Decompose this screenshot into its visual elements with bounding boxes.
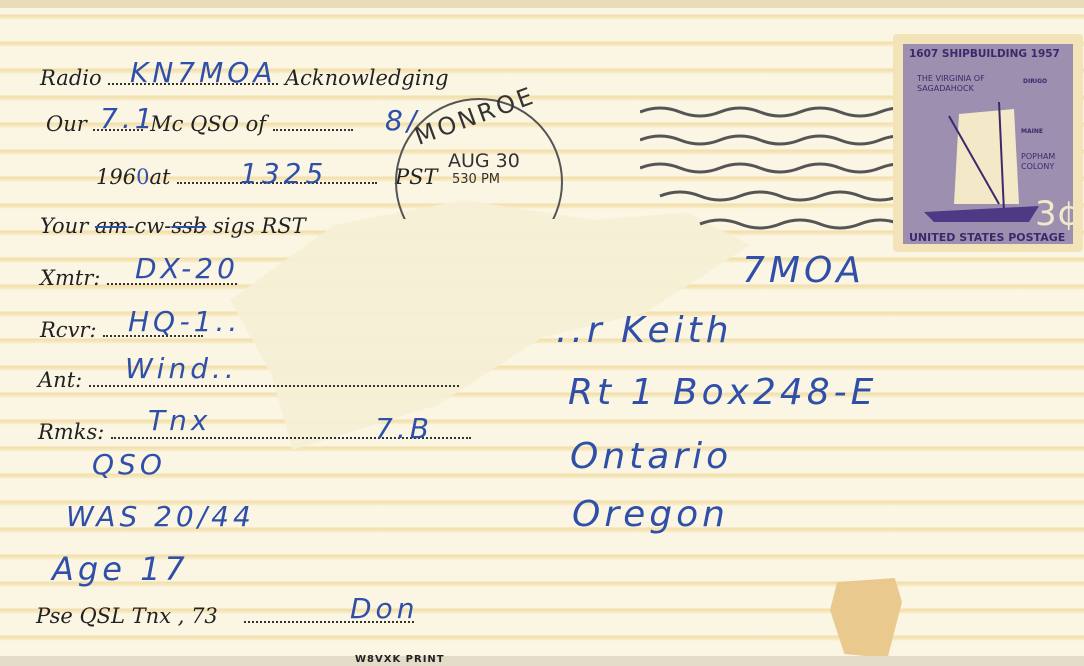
stamp-seal-motto: DIRIGO (1023, 78, 1047, 85)
postmark-time: 530 PM (452, 172, 500, 187)
stamp-country: UNITED STATES POSTAGE (909, 231, 1065, 244)
note-was: WAS 20/44 (66, 500, 255, 533)
label-pse-qsl: Pse QSL Tnx , 73 (36, 604, 218, 628)
note-age: Age 17 (52, 550, 189, 588)
label-acknowledging: Acknowledging (285, 66, 449, 90)
year-prefix: 196 (96, 165, 136, 189)
label-at: at (149, 165, 170, 189)
mode-ssb-struck: ssb (171, 214, 206, 238)
time-handwritten: 1325 (240, 157, 327, 190)
year-digit: 0 (136, 165, 149, 189)
label-sigs-rst: sigs RST (213, 214, 306, 238)
printer-credit: W8VXK PRINT (355, 654, 445, 665)
rcvr-handwritten: HQ-1.. (128, 305, 241, 338)
stamp-face: 1607 SHIPBUILDING 1957 THE VIRGINIA OF S… (903, 44, 1073, 244)
postmark-date: AUG 30 (448, 150, 520, 172)
band-handwritten: 7.1 (100, 102, 157, 135)
stamp-ship-name: THE VIRGINIA OF SAGADAHOCK (917, 74, 997, 94)
card-bottom-edge (0, 656, 1084, 666)
form-line-time: 1960at (96, 165, 377, 189)
ant-handwritten: Wind.. (125, 352, 238, 385)
dotted-field (273, 127, 353, 131)
label-xmtr: Xmtr: (40, 266, 100, 290)
mode-cw: cw (134, 214, 164, 238)
note-qso: QSO (92, 448, 166, 481)
postage-stamp: 1607 SHIPBUILDING 1957 THE VIRGINIA OF S… (893, 34, 1083, 252)
address-callsign: 7MOA (742, 250, 865, 291)
rmks-handwritten-2: 7.B (375, 412, 433, 445)
stamp-value: 3¢ (1035, 194, 1078, 234)
address-street: Rt 1 Box248-E (568, 372, 877, 413)
stamp-title: 1607 SHIPBUILDING 1957 (909, 48, 1060, 60)
card-top-edge (0, 0, 1084, 8)
address-state: Oregon (572, 494, 729, 535)
label-ant: Ant: (38, 368, 82, 392)
ship-illustration (919, 94, 1049, 224)
form-line-qso: Our Mc QSO of (46, 112, 353, 136)
label-radio: Radio (40, 66, 102, 90)
xmtr-handwritten: DX-20 (135, 252, 239, 285)
form-line-ant: Ant: (38, 368, 459, 392)
label-your: Your (40, 214, 88, 238)
label-our: Our (46, 112, 87, 136)
mode-am-struck: am (95, 214, 127, 238)
operator-name: Don (350, 592, 418, 625)
label-rmks: Rmks: (38, 420, 104, 444)
rmks-handwritten-1: Tnx (148, 404, 211, 437)
address-city: Ontario (570, 436, 732, 477)
callsign-handwritten: KN7MOA (130, 56, 276, 89)
label-mc-qso-of: Mc QSO of (150, 112, 266, 136)
form-line-signal: Your am-cw-ssb sigs RST (40, 214, 306, 238)
cancellation-wave-lines (640, 100, 920, 250)
label-rcvr: Rcvr: (40, 318, 97, 342)
address-name: ..r Keith (556, 310, 733, 351)
